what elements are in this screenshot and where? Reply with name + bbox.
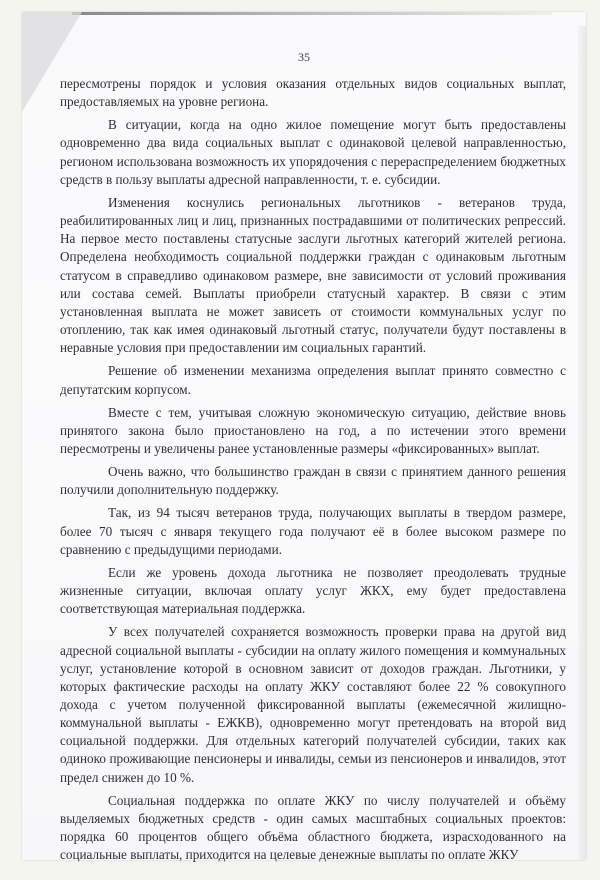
paragraph: У всех получателей сохраняется возможнос… — [60, 623, 566, 786]
body-text: пересмотрены порядок и условия оказания … — [60, 75, 566, 864]
paragraph: пересмотрены порядок и условия оказания … — [60, 75, 566, 111]
paragraph: Так, из 94 тысяч ветеранов труда, получа… — [60, 504, 566, 558]
paragraph: В ситуации, когда на одно жилое помещени… — [60, 116, 566, 189]
page-number: 35 — [22, 50, 586, 65]
paragraph: Вместе с тем, учитывая сложную экономиче… — [60, 404, 566, 458]
page-right-edge — [578, 26, 586, 860]
paragraph: Социальная поддержка по оплате ЖКУ по чи… — [60, 792, 566, 865]
page-top-shadow — [72, 12, 552, 15]
paragraph: Решение об изменении механизма определен… — [60, 362, 566, 398]
paragraph: Очень важно, что большинство граждан в с… — [60, 463, 566, 499]
paragraph: Изменения коснулись региональных льготни… — [60, 194, 566, 357]
document-page: 35 пересмотрены порядок и условия оказан… — [22, 12, 586, 860]
paragraph: Если же уровень дохода льготника не позв… — [60, 564, 566, 618]
